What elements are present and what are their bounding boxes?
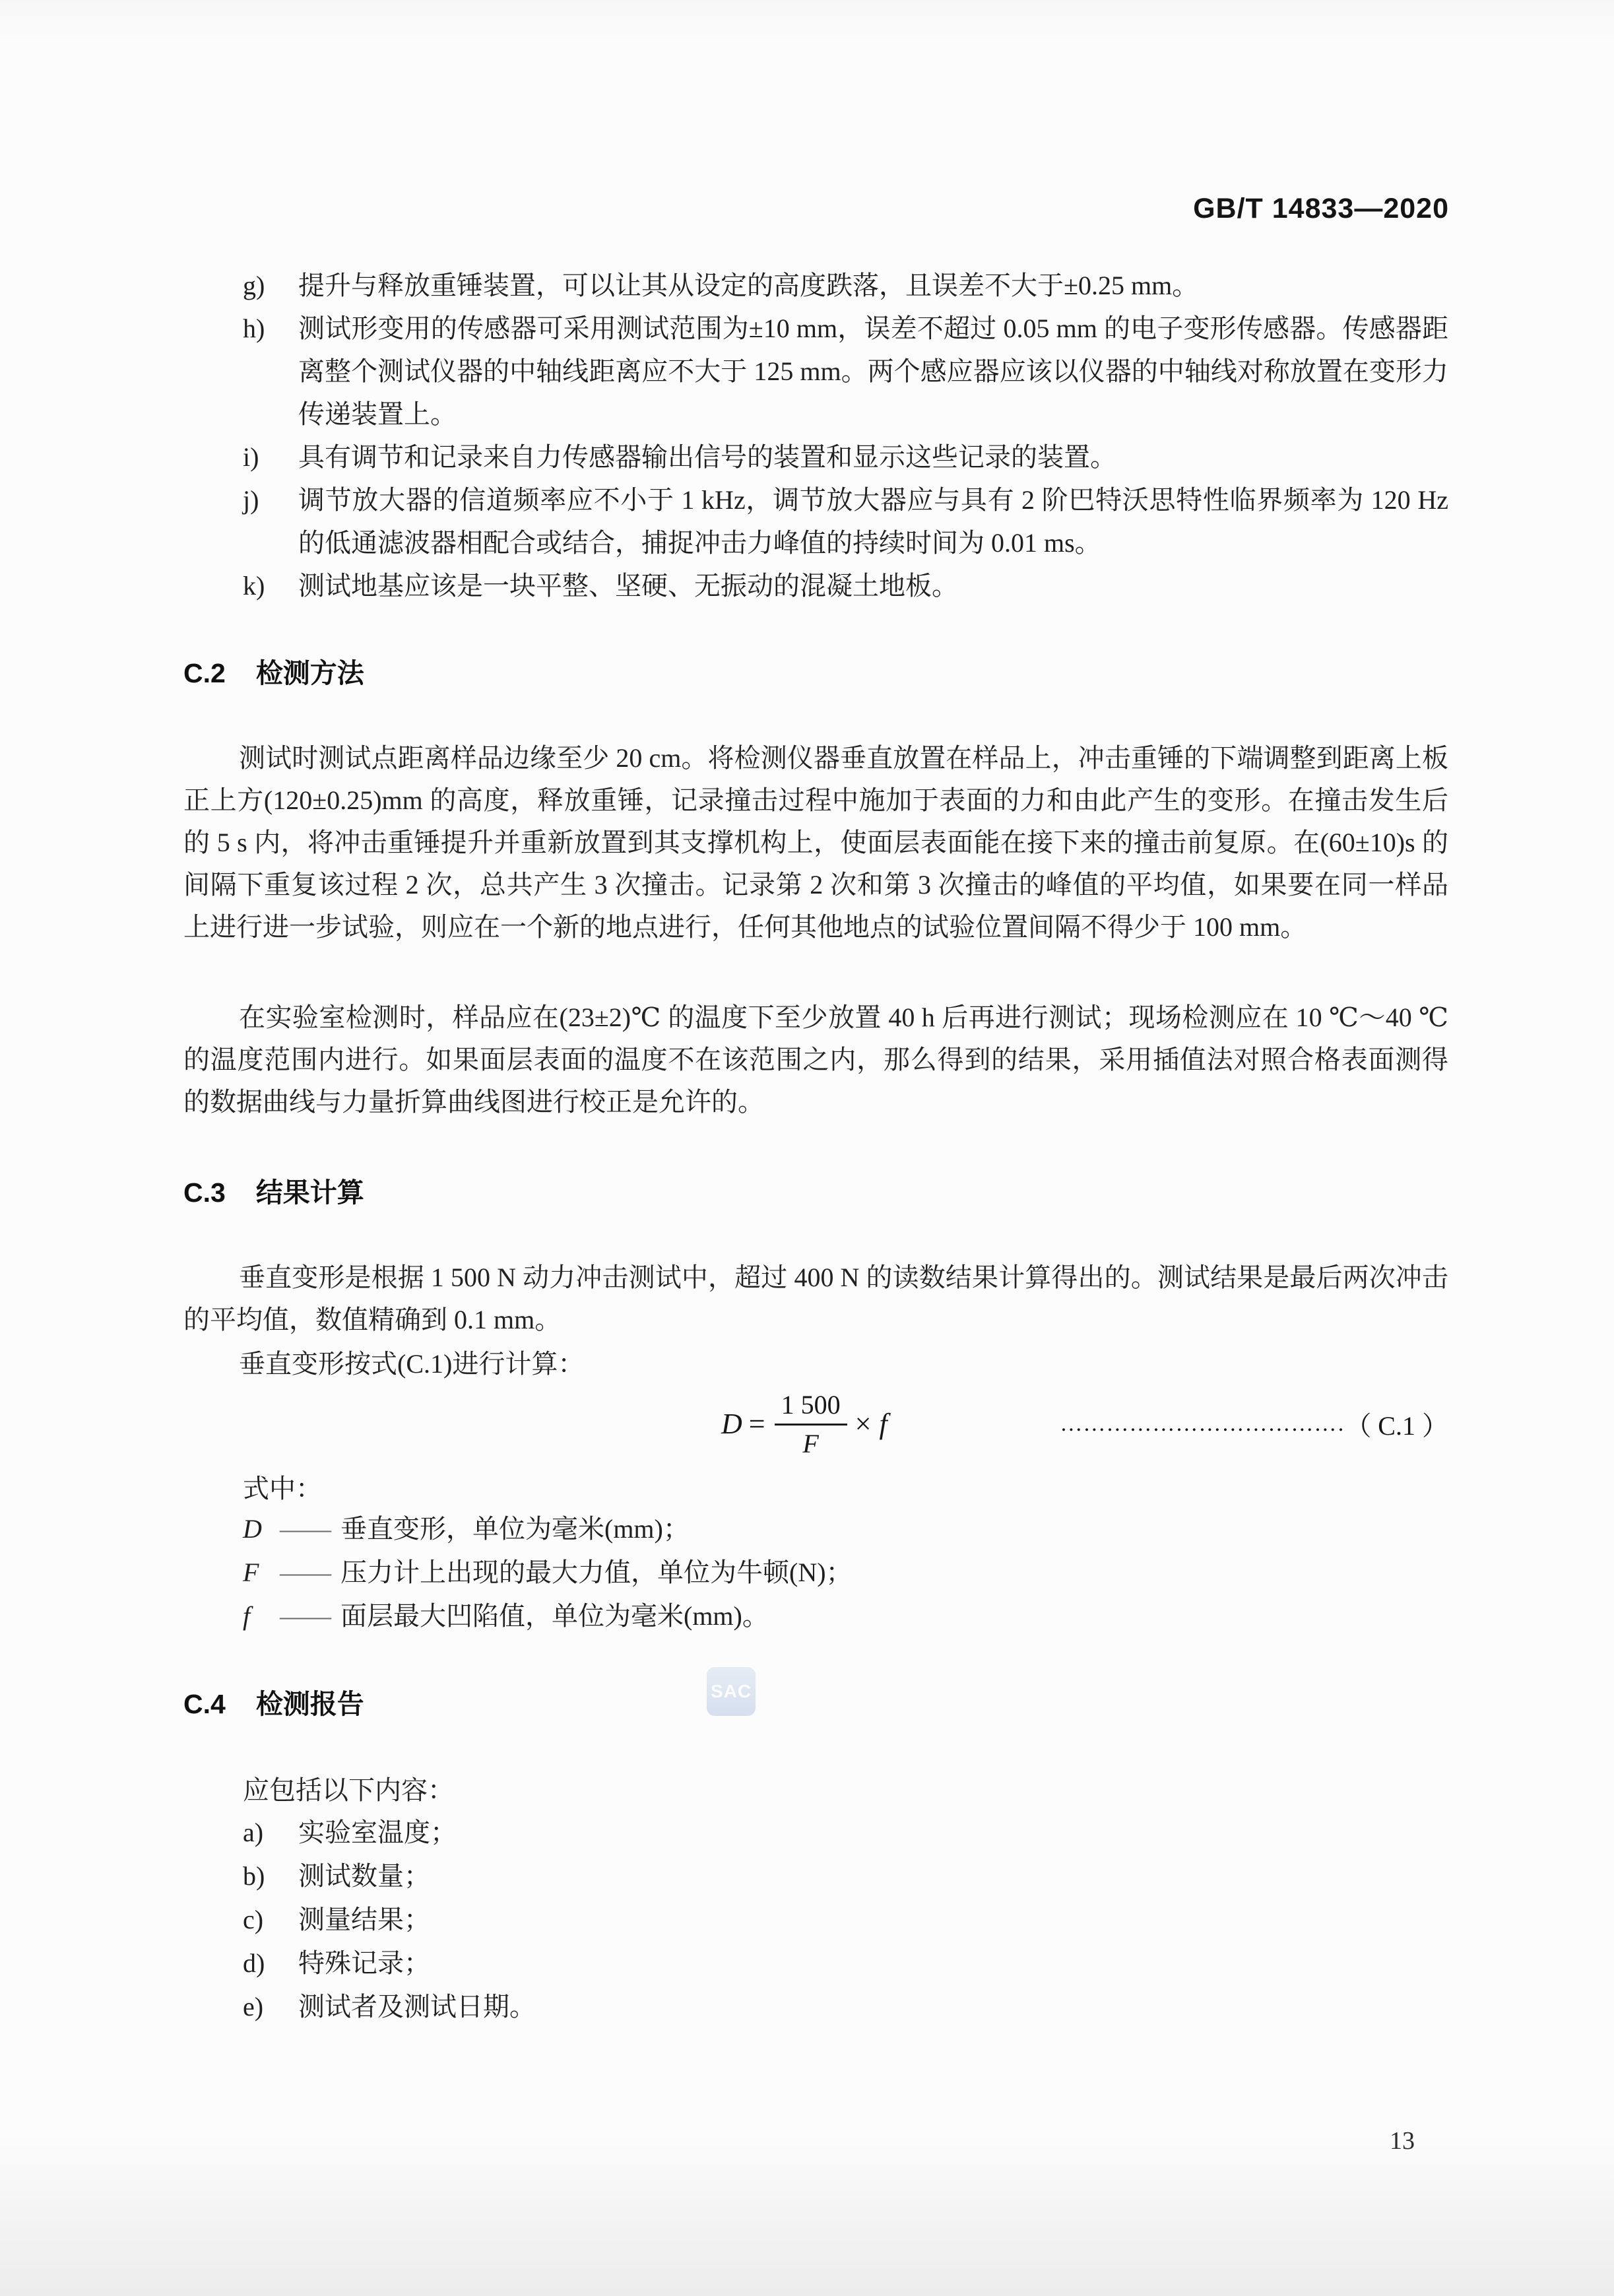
list-item-label: b)	[243, 1854, 296, 1898]
list-item-h: h) 测试形变用的传感器可采用测试范围为±10 mm，误差不超过 0.05 mm…	[183, 307, 1448, 436]
definition-text: 面层最大凹陷值，单位为毫米(mm)。	[340, 1601, 769, 1631]
equipment-requirements-list: g) 提升与释放重锤装置，可以让其从设定的高度跌落，且误差不大于±0.25 mm…	[183, 264, 1448, 607]
list-item-text: 测试形变用的传感器可采用测试范围为±10 mm，误差不超过 0.05 mm 的电…	[298, 313, 1448, 429]
list-item-i: i) 具有调节和记录来自力传感器输出信号的装置和显示这些记录的装置。	[183, 436, 1448, 478]
list-item-label: a)	[243, 1811, 296, 1854]
section-title: 检测报告	[256, 1689, 364, 1719]
list-item-text: 实验室温度；	[298, 1818, 457, 1847]
list-item-text: 特殊记录；	[298, 1948, 430, 1978]
equation-variable-D: D	[721, 1407, 742, 1441]
definition-text: 垂直变形，单位为毫米(mm)；	[340, 1514, 690, 1544]
c3-paragraph-2: 垂直变形按式(C.1)进行计算：	[183, 1343, 1448, 1385]
section-heading-c3: C.3结果计算	[183, 1176, 1448, 1209]
equation-expression: D = 1 500 F × f	[721, 1389, 888, 1459]
list-item-label: j)	[243, 478, 296, 521]
equation-c1: D = 1 500 F × f ……………………………………………… （ C.1…	[183, 1383, 1448, 1465]
list-item-a: a) 实验室温度；	[183, 1811, 1448, 1854]
list-item-k: k) 测试地基应该是一块平整、坚硬、无振动的混凝土地板。	[183, 564, 1448, 607]
section-number: C.2	[183, 658, 226, 688]
fraction-denominator: F	[775, 1424, 847, 1459]
definition-f: f —— 面层最大凹陷值，单位为毫米(mm)。	[183, 1594, 1448, 1638]
list-item-text: 测试地基应该是一块平整、坚硬、无振动的混凝土地板。	[298, 571, 958, 601]
equals-sign: =	[749, 1407, 765, 1441]
equation-reference: ……………………………………………… （ C.1 ）	[1060, 1405, 1448, 1443]
fraction-numerator: 1 500	[775, 1389, 847, 1424]
list-item-text: 提升与释放重锤装置，可以让其从设定的高度跌落，且误差不大于±0.25 mm。	[298, 271, 1198, 300]
c2-paragraph-1: 测试时测试点距离样品边缘至少 20 cm。将检测仪器垂直放置在样品上，冲击重锤的…	[183, 737, 1448, 948]
list-item-j: j) 调节放大器的信道频率应不小于 1 kHz，调节放大器应与具有 2 阶巴特沃…	[183, 478, 1448, 564]
list-item-label: k)	[243, 564, 296, 607]
list-item-label: g)	[243, 264, 296, 307]
section-title: 结果计算	[256, 1177, 364, 1208]
definition-text: 压力计上出现的最大力值，单位为牛顿(N)；	[340, 1558, 853, 1587]
symbol: D	[243, 1507, 273, 1551]
symbol: f	[243, 1594, 273, 1638]
list-item-label: i)	[243, 436, 296, 478]
definition-F: F —— 压力计上出现的最大力值，单位为牛顿(N)；	[183, 1551, 1448, 1594]
document-page: GB/T 14833—2020 g) 提升与释放重锤装置，可以让其从设定的高度跌…	[0, 0, 1614, 2296]
definition-dash: ——	[280, 1601, 330, 1631]
c3-paragraph-1: 垂直变形是根据 1 500 N 动力冲击测试中，超过 400 N 的读数结果计算…	[183, 1257, 1448, 1341]
list-item-g: g) 提升与释放重锤装置，可以让其从设定的高度跌落，且误差不大于±0.25 mm…	[183, 264, 1448, 307]
list-item-b: b) 测试数量；	[183, 1854, 1448, 1898]
equation-variable-f: f	[879, 1407, 887, 1441]
list-item-text: 测试数量；	[298, 1861, 430, 1891]
section-number: C.3	[183, 1177, 226, 1208]
list-item-e: e) 测试者及测试日期。	[183, 1985, 1448, 2029]
section-number: C.4	[183, 1689, 226, 1719]
list-item-text: 测量结果；	[298, 1905, 430, 1934]
definition-dash: ——	[280, 1558, 330, 1587]
section-title: 检测方法	[256, 658, 364, 688]
section-heading-c2: C.2检测方法	[183, 657, 1448, 690]
symbol-definitions: D —— 垂直变形，单位为毫米(mm)； F —— 压力计上出现的最大力值，单位…	[183, 1507, 1448, 1638]
list-item-label: d)	[243, 1942, 296, 1985]
where-label: 式中：	[183, 1469, 1448, 1509]
definition-dash: ——	[280, 1514, 330, 1544]
symbol: F	[243, 1551, 273, 1594]
list-item-d: d) 特殊记录；	[183, 1942, 1448, 1985]
dotted-leader: ………………………………………………	[1060, 1412, 1342, 1437]
multiplication-sign: ×	[855, 1407, 872, 1441]
report-contents-list: a) 实验室温度； b) 测试数量； c) 测量结果； d) 特殊记录； e) …	[183, 1811, 1448, 2029]
equation-number: （ C.1 ）	[1345, 1405, 1448, 1443]
list-item-label: c)	[243, 1898, 296, 1942]
c4-intro: 应包括以下内容：	[183, 1769, 1448, 1812]
list-item-label: h)	[243, 307, 296, 350]
list-item-c: c) 测量结果；	[183, 1898, 1448, 1942]
page-number: 13	[1376, 2126, 1429, 2155]
c2-paragraph-2: 在实验室检测时，样品应在(23±2)℃ 的温度下至少放置 40 h 后再进行测试…	[183, 997, 1448, 1123]
fraction: 1 500 F	[775, 1389, 847, 1459]
list-item-text: 测试者及测试日期。	[298, 1992, 536, 2021]
standard-code-header: GB/T 14833—2020	[1193, 190, 1449, 227]
section-heading-c4: C.4检测报告	[183, 1688, 1448, 1721]
list-item-text: 具有调节和记录来自力传感器输出信号的装置和显示这些记录的装置。	[298, 442, 1116, 472]
list-item-text: 调节放大器的信道频率应不小于 1 kHz，调节放大器应与具有 2 阶巴特沃思特性…	[298, 485, 1448, 558]
list-item-label: e)	[243, 1985, 296, 2029]
definition-D: D —— 垂直变形，单位为毫米(mm)；	[183, 1507, 1448, 1551]
